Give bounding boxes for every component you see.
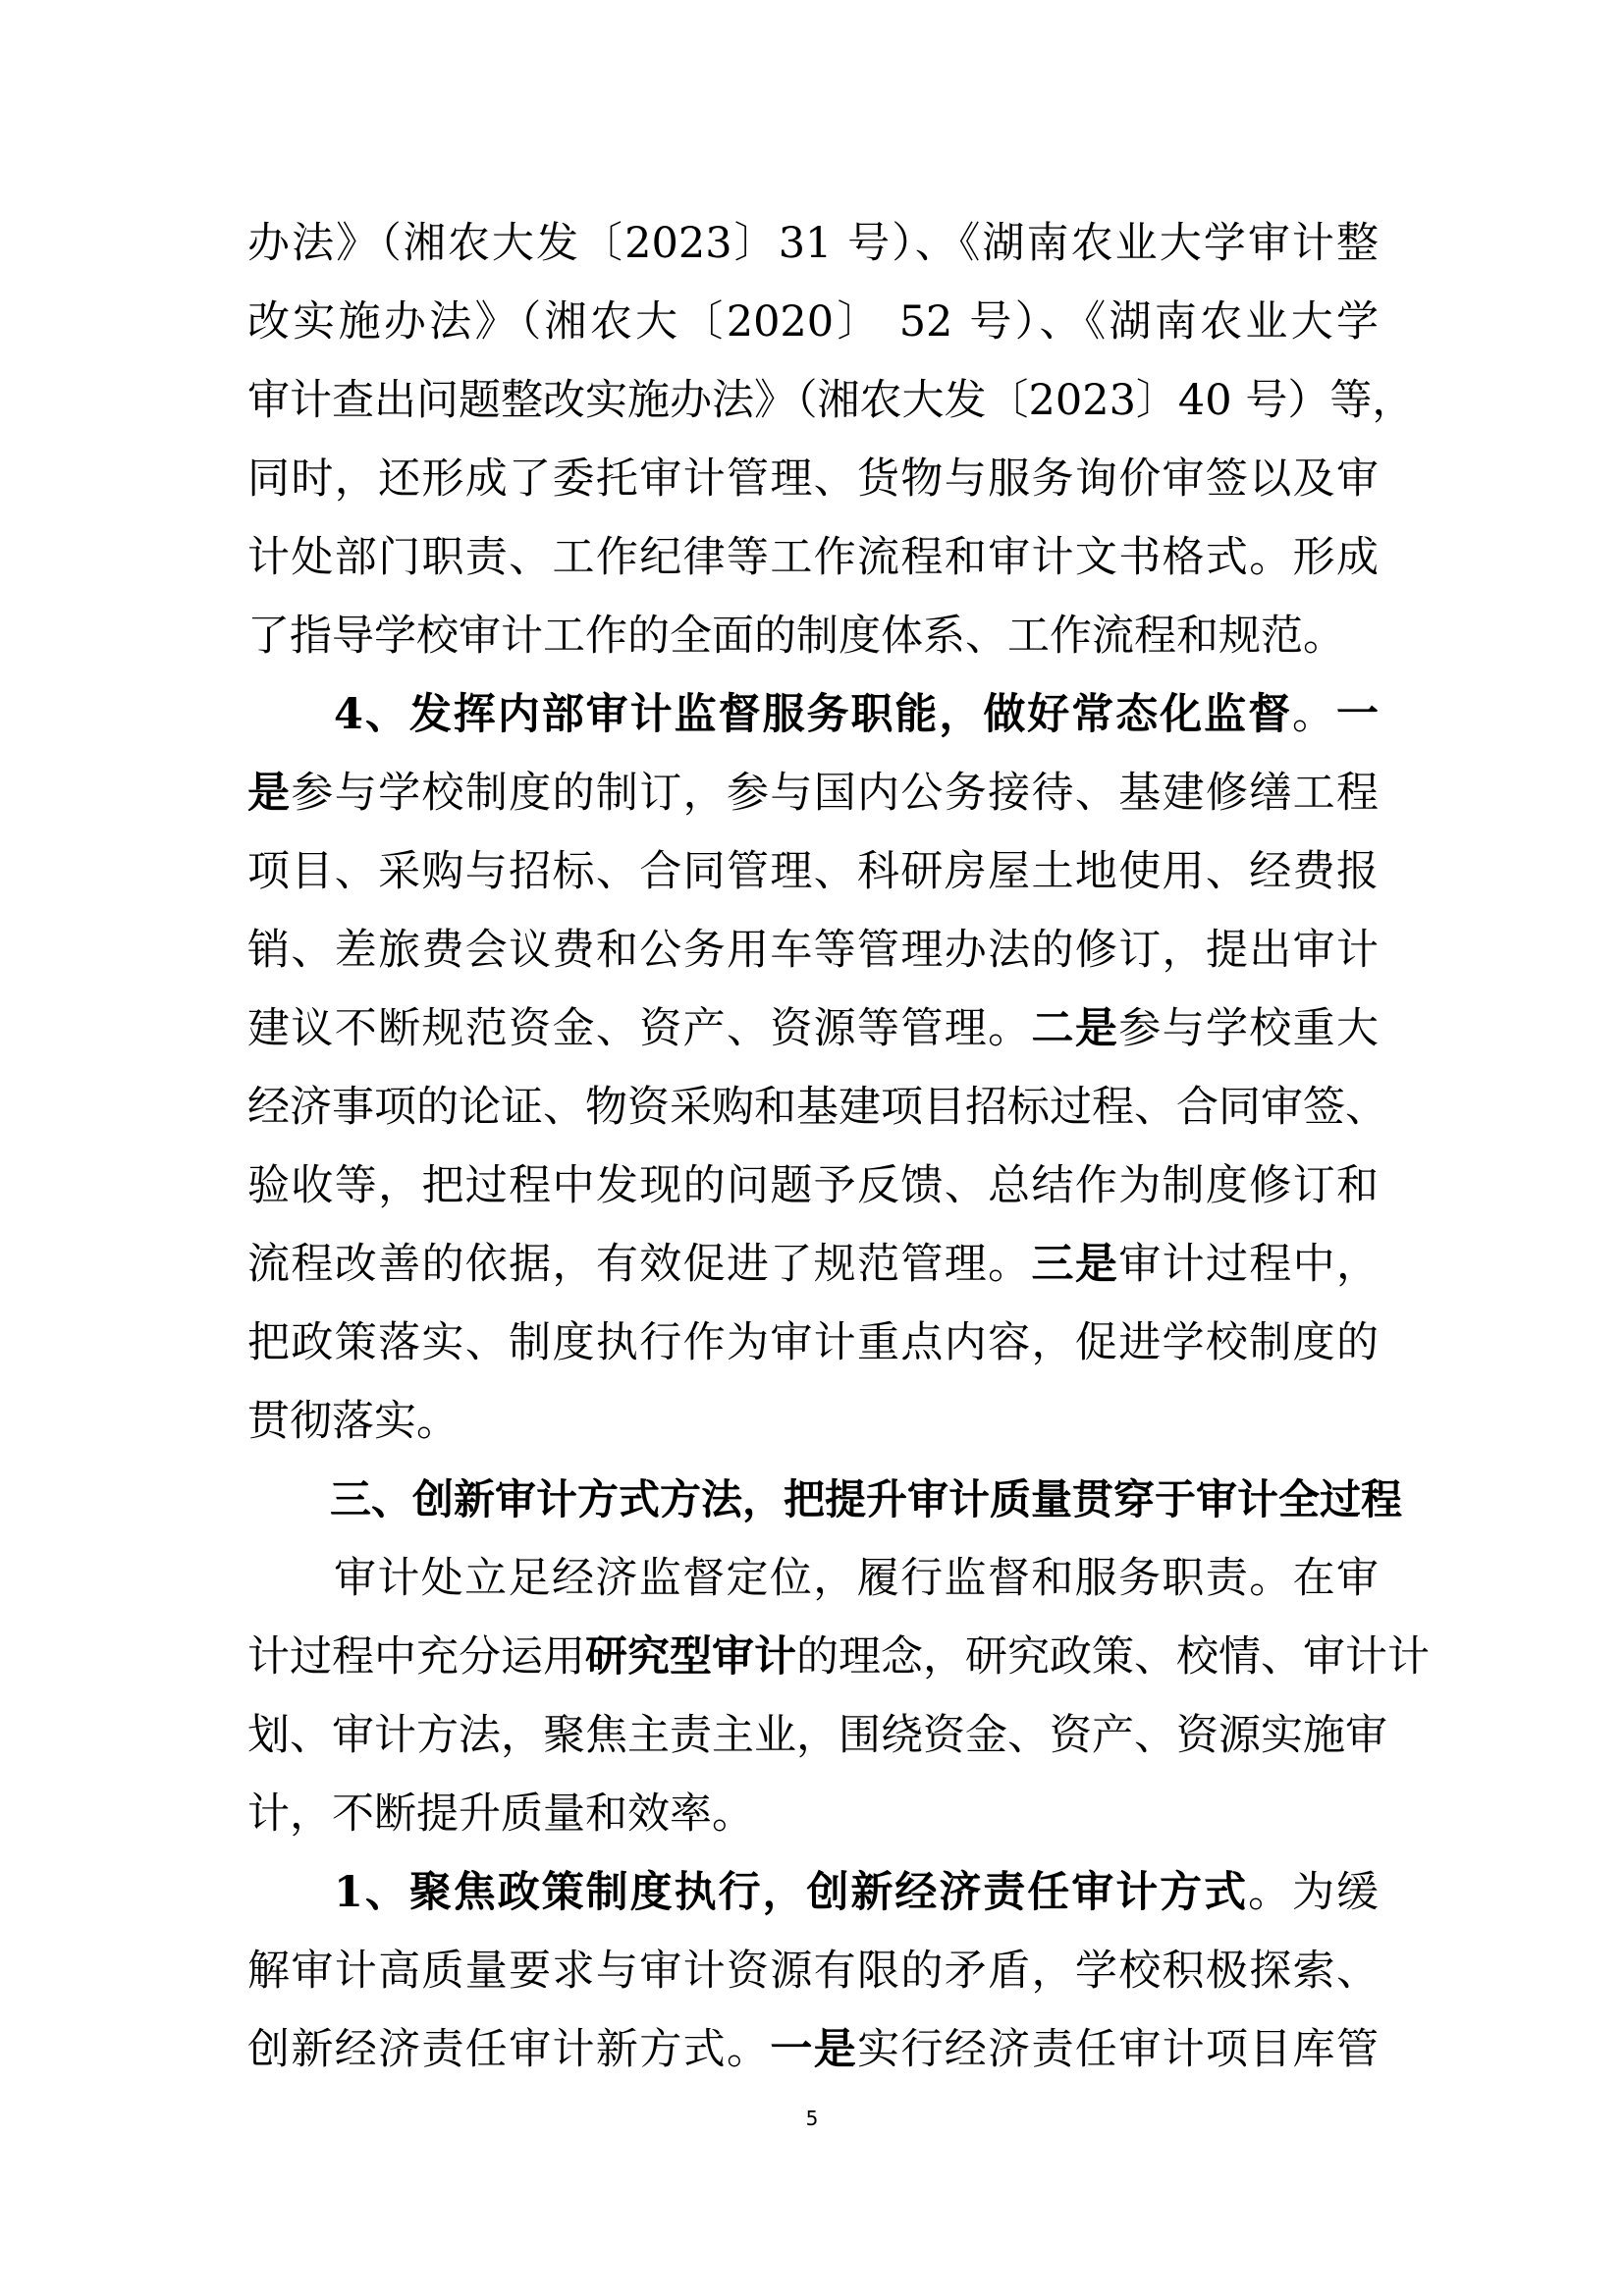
text-span: 同时，还形成了委托审计管理、货物与服务询价审签以及审 [247,454,1379,504]
text-line: 办法》（湘农大发〔2023〕31 号）、《湖南农业大学审计整 [247,204,1379,283]
text-span: 实行经济责任审计项目库管 [857,2025,1379,2074]
text-line: 审计查出问题整改实施办法》（湘农大发〔2023〕40 号）等， [247,361,1379,440]
bold-term: 研究型审计 [585,1632,796,1682]
document-page: 办法》（湘农大发〔2023〕31 号）、《湖南农业大学审计整 改实施办法》（湘农… [0,0,1624,2296]
text-span: 审计过程中， [1118,1240,1379,1289]
text-span: 计过程中充分运用 [247,1632,585,1682]
text-line: 改实施办法》（湘农大〔2020〕 52 号）、《湖南农业大学 [247,283,1379,361]
text-span: 解审计高质量要求与审计资源有限的矛盾，学校积极探索、 [247,1947,1379,1996]
subheading-line: 1、聚焦政策制度执行，创新经济责任审计方式。为缓 [247,1853,1379,1932]
text-span: 贯彻落实。 [247,1397,459,1446]
text-line: 贯彻落实。 [247,1382,1379,1461]
subheading-4: 4、发挥内部审计监督服务职能，做好常态化监督 [334,690,1292,739]
text-span: 参与学校重大 [1118,1004,1379,1053]
text-span: 经济事项的论证、物资采购和基建项目招标过程、合同审签、 [247,1083,1387,1132]
text-span: 创新经济责任审计新方式。 [247,2025,770,2074]
text-span: 改实施办法》（湘农大〔2020〕 52 号）、《湖南农业大学 [247,297,1379,347]
bold-marker: 一是 [770,2025,857,2074]
text-line: 是参与学校制度的制订，参与国内公务接待、基建修缮工程 [247,754,1379,832]
text-line: 项目、采购与招标、合同管理、科研房屋土地使用、经费报 [247,832,1379,911]
text-line: 建议不断规范资金、资产、资源等管理。二是参与学校重大 [247,989,1379,1068]
text-line: 创新经济责任审计新方式。一是实行经济责任审计项目库管 [247,2010,1379,2089]
bold-marker: 是 [247,769,291,818]
text-line: 划、审计方法，聚焦主责主业，围绕资金、资产、资源实施审 [247,1696,1379,1775]
text-line: 计处部门职责、工作纪律等工作流程和审计文书格式。形成 [247,518,1379,597]
bold-marker: 二是 [1031,1004,1118,1053]
text-line: 审计处立足经济监督定位，履行监督和服务职责。在审 [247,1539,1379,1618]
text-span: 了指导学校审计工作的全面的制度体系、工作流程和规范。 [247,612,1345,661]
text-span: 计处部门职责、工作纪律等工作流程和审计文书格式。形成 [247,533,1379,582]
text-span: 计，不断提升质量和效率。 [247,1789,754,1839]
document-body: 办法》（湘农大发〔2023〕31 号）、《湖南农业大学审计整 改实施办法》（湘农… [247,204,1379,2089]
text-line: 流程改善的依据，有效促进了规范管理。三是审计过程中， [247,1225,1379,1304]
text-span: 验收等，把过程中发现的问题予反馈、总结作为制度修订和 [247,1161,1379,1210]
subheading-1: 1、聚焦政策制度执行，创新经济责任审计方式 [334,1868,1248,1917]
text-span: 项目、采购与招标、合同管理、科研房屋土地使用、经费报 [247,847,1379,896]
text-span: 审计查出问题整改实施办法》（湘农大发〔2023〕40 号）等， [247,376,1414,425]
text-span: 。为缓 [1248,1868,1379,1917]
text-line: 经济事项的论证、物资采购和基建项目招标过程、合同审签、 [247,1068,1379,1147]
text-line: 解审计高质量要求与审计资源有限的矛盾，学校积极探索、 [247,1932,1379,2010]
text-line: 计，不断提升质量和效率。 [247,1775,1379,1853]
text-span: 划、审计方法，聚焦主责主业，围绕资金、资产、资源实施审 [247,1711,1387,1760]
page-number: 5 [802,2107,822,2130]
text-span: 办法》（湘农大发〔2023〕31 号）、《湖南农业大学审计整 [247,219,1379,268]
text-line: 计过程中充分运用研究型审计的理念，研究政策、校情、审计计 [247,1618,1379,1696]
text-line: 同时，还形成了委托审计管理、货物与服务询价审签以及审 [247,440,1379,518]
text-span: 。 [1292,690,1336,739]
text-line: 了指导学校审计工作的全面的制度体系、工作流程和规范。 [247,597,1379,675]
text-span: 参与学校制度的制订，参与国内公务接待、基建修缮工程 [291,769,1379,818]
text-line: 验收等，把过程中发现的问题予反馈、总结作为制度修订和 [247,1147,1379,1225]
text-span: 销、差旅费会议费和公务用车等管理办法的修订，提出审计 [247,926,1379,975]
text-span: 把政策落实、制度执行作为审计重点内容，促进学校制度的 [247,1318,1379,1367]
section-heading-3: 三、创新审计方式方法，把提升审计质量贯穿于审计全过程 [247,1461,1379,1539]
text-span: 流程改善的依据，有效促进了规范管理。 [247,1240,1031,1289]
text-line: 把政策落实、制度执行作为审计重点内容，促进学校制度的 [247,1304,1379,1382]
bold-marker: 一 [1336,690,1379,739]
subheading-line: 4、发挥内部审计监督服务职能，做好常态化监督。一 [247,675,1379,754]
section-heading-text: 三、创新审计方式方法，把提升审计质量贯穿于审计全过程 [330,1475,1402,1523]
text-span: 审计处立足经济监督定位，履行监督和服务职责。在审 [334,1554,1379,1603]
text-span: 建议不断规范资金、资产、资源等管理。 [247,1004,1031,1053]
bold-marker: 三是 [1031,1240,1118,1289]
text-line: 销、差旅费会议费和公务用车等管理办法的修订，提出审计 [247,911,1379,989]
text-span: 的理念，研究政策、校情、审计计 [796,1632,1430,1682]
